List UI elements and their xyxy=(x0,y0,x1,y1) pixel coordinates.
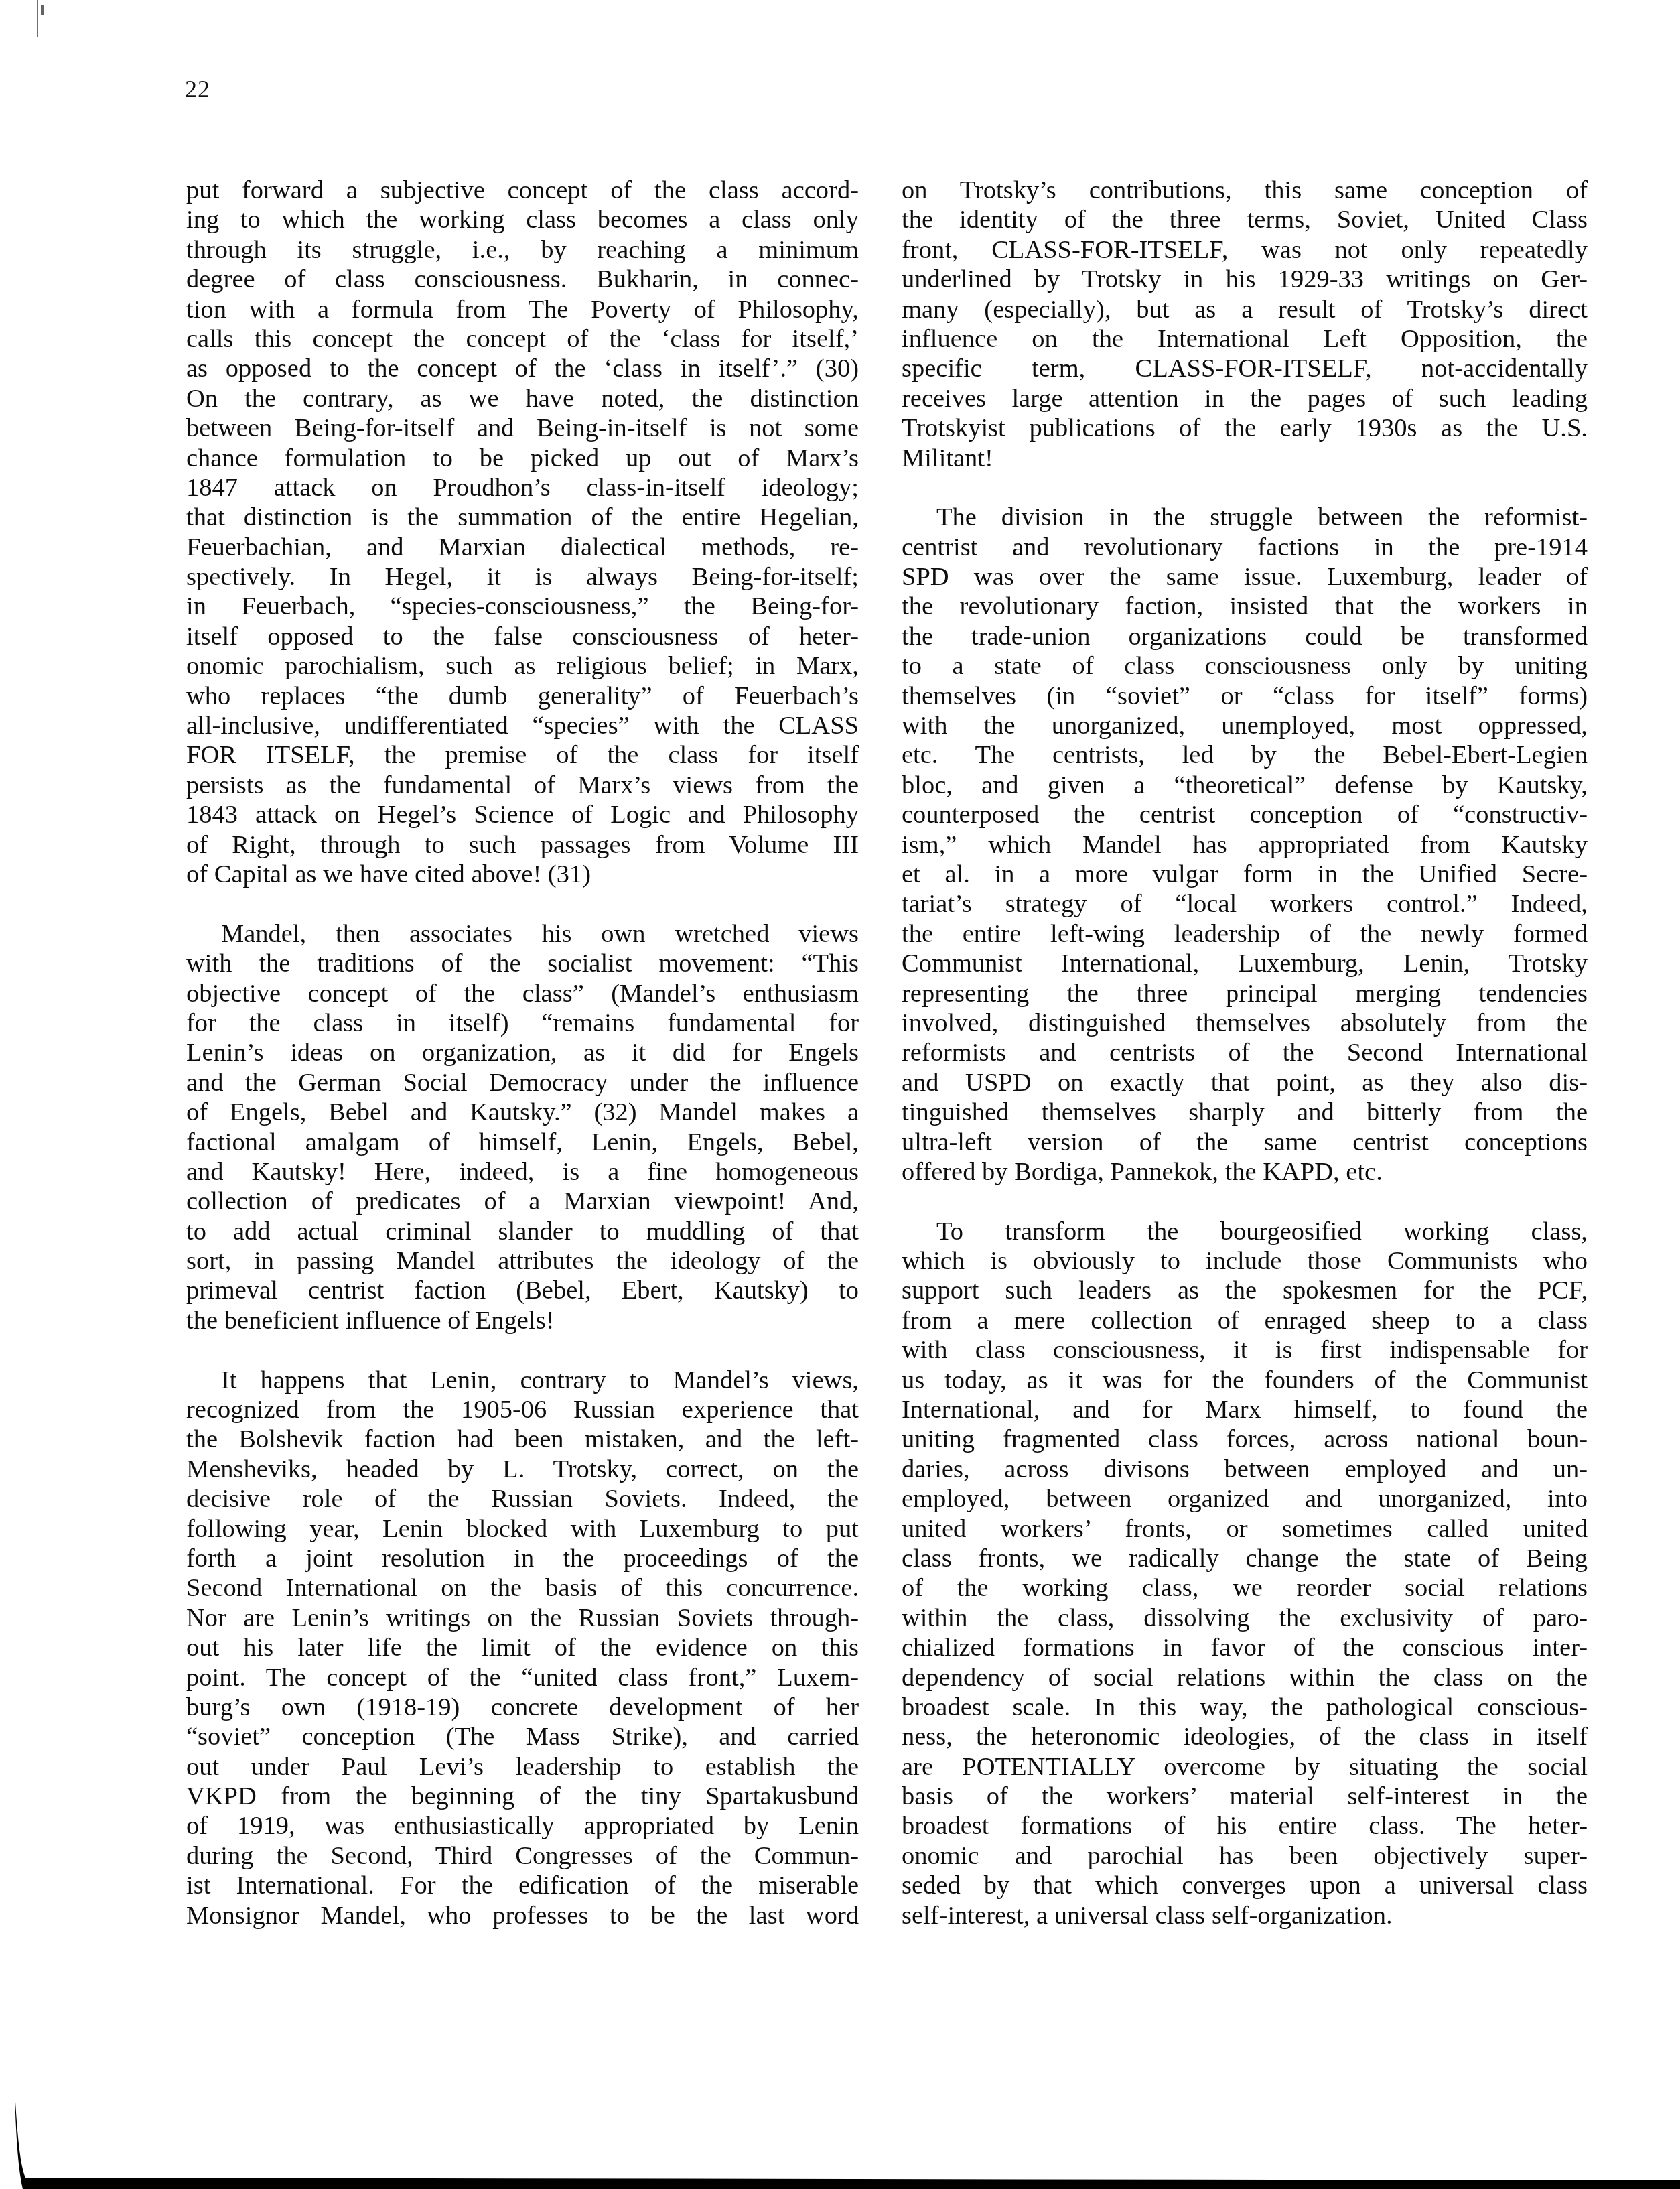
text-line: objective concept of the class” (Mandel’… xyxy=(186,979,859,1008)
text-line: are POTENTIALLY overcome by situating th… xyxy=(902,1752,1588,1782)
text-line: centrist and revolutionary factions in t… xyxy=(902,533,1588,562)
text-line: the trade-union organizations could be t… xyxy=(902,622,1588,651)
text-line: underlined by Trotsky in his 1929-33 wri… xyxy=(902,265,1588,294)
text-line: of Right, through to such passages from … xyxy=(186,830,859,860)
text-line: The division in the struggle between the… xyxy=(902,503,1588,532)
text-line: through its struggle, i.e., by reaching … xyxy=(186,235,859,265)
text-line: the entire left-wing leadership of the n… xyxy=(902,919,1588,949)
text-line: et al. in a more vulgar form in the Unif… xyxy=(902,860,1588,889)
text-line: and Kautsky! Here, indeed, is a fine hom… xyxy=(186,1157,859,1187)
text-line: in Feuerbach, “species-consciousness,” t… xyxy=(186,592,859,621)
text-line: ist International. For the edification o… xyxy=(186,1871,859,1900)
text-line: with the unorganized, unemployed, most o… xyxy=(902,711,1588,740)
text-line: factional amalgam of himself, Lenin, Eng… xyxy=(186,1128,859,1157)
text-line: class fronts, we radically change the st… xyxy=(902,1544,1588,1573)
text-line: burg’s own (1918-19) concrete developmen… xyxy=(186,1693,859,1722)
scan-artifact-mark xyxy=(37,0,40,37)
text-line: the revolutionary faction, insisted that… xyxy=(902,592,1588,621)
text-line: many (especially), but as a result of Tr… xyxy=(902,295,1588,324)
text-line: receives large attention in the pages of… xyxy=(902,384,1588,413)
text-line: of Engels, Bebel and Kautsky.” (32) Mand… xyxy=(186,1098,859,1127)
text-line: On the contrary, as we have noted, the d… xyxy=(186,384,859,413)
text-line: uniting fragmented class forces, across … xyxy=(902,1424,1588,1454)
text-line: “soviet” conception (The Mass Strike), a… xyxy=(186,1722,859,1751)
text-line: to add actual criminal slander to muddli… xyxy=(186,1217,859,1246)
text-line: within the class, dissolving the exclusi… xyxy=(902,1603,1588,1633)
text-line: point. The concept of the “united class … xyxy=(186,1663,859,1693)
paragraph: The division in the struggle between the… xyxy=(902,503,1588,1187)
text-line: Militant! xyxy=(902,444,1588,473)
text-line: of 1919, was enthusiastically appropriat… xyxy=(186,1811,859,1841)
text-line: SPD was over the same issue. Luxemburg, … xyxy=(902,562,1588,592)
text-line: 1847 attack on Proudhon’s class-in-itsel… xyxy=(186,473,859,503)
document-page: 22 put forward a subjective concept of t… xyxy=(0,0,1680,2189)
text-line: persists as the fundamental of Marx’s vi… xyxy=(186,771,859,800)
text-line: Second International on the basis of thi… xyxy=(186,1573,859,1603)
text-line: and USPD on exactly that point, as they … xyxy=(902,1068,1588,1098)
text-line: ultra-left version of the same centrist … xyxy=(902,1128,1588,1157)
text-line: tion with a formula from The Poverty of … xyxy=(186,295,859,324)
text-line: the Bolshevik faction had been mistaken,… xyxy=(186,1424,859,1454)
text-line: chialized formations in favor of the con… xyxy=(902,1633,1588,1662)
text-line: basis of the workers’ material self-inte… xyxy=(902,1782,1588,1811)
text-line: offered by Bordiga, Pannekok, the KAPD, … xyxy=(902,1157,1588,1187)
text-line: 1843 attack on Hegel’s Science of Logic … xyxy=(186,800,859,830)
text-line: tariat’s strategy of “local workers cont… xyxy=(902,889,1588,919)
text-line: following year, Lenin blocked with Luxem… xyxy=(186,1514,859,1544)
text-line: from a mere collection of enraged sheep … xyxy=(902,1306,1588,1335)
text-line: Mensheviks, headed by L. Trotsky, correc… xyxy=(186,1455,859,1484)
text-line: It happens that Lenin, contrary to Mande… xyxy=(186,1366,859,1395)
text-line: all-inclusive, undifferentiated “species… xyxy=(186,711,859,740)
text-line: ing to which the working class becomes a… xyxy=(186,205,859,235)
paragraph: put forward a subjective concept of the … xyxy=(186,176,859,889)
page-number: 22 xyxy=(185,75,210,103)
text-line: primeval centrist faction (Bebel, Ebert,… xyxy=(186,1276,859,1305)
text-line: which is obviously to include those Comm… xyxy=(902,1246,1588,1276)
text-line: specific term, CLASS-FOR-ITSELF, not-acc… xyxy=(902,354,1588,383)
text-line: forth a joint resolution in the proceedi… xyxy=(186,1544,859,1573)
text-line: FOR ITSELF, the premise of the class for… xyxy=(186,740,859,770)
text-line: themselves (in “soviet” or “class for it… xyxy=(902,681,1588,711)
text-line: ness, the heteronomic ideologies, of the… xyxy=(902,1722,1588,1751)
text-line: to a state of class consciousness only b… xyxy=(902,651,1588,681)
text-line: of Capital as we have cited above! (31) xyxy=(186,860,859,889)
text-line: during the Second, Third Congresses of t… xyxy=(186,1841,859,1871)
text-line: employed, between organized and unorgani… xyxy=(902,1484,1588,1514)
text-line: united workers’ fronts, or sometimes cal… xyxy=(902,1514,1588,1544)
left-column: put forward a subjective concept of the … xyxy=(186,176,859,1960)
text-line: onomic parochialism, such as religious b… xyxy=(186,651,859,681)
text-line: collection of predicates of a Marxian vi… xyxy=(186,1187,859,1216)
text-line: bloc, and given a “theoretical” defense … xyxy=(902,771,1588,800)
paragraph: It happens that Lenin, contrary to Mande… xyxy=(186,1366,859,1930)
text-line: broadest formations of his entire class.… xyxy=(902,1811,1588,1841)
text-line: recognized from the 1905-06 Russian expe… xyxy=(186,1395,859,1424)
text-line: Mandel, then associates his own wretched… xyxy=(186,919,859,949)
text-line: for the class in itself) “remains fundam… xyxy=(186,1008,859,1038)
text-line: self-interest, a universal class self-or… xyxy=(902,1901,1588,1930)
text-line: VKPD from the beginning of the tiny Spar… xyxy=(186,1782,859,1811)
paragraph: Mandel, then associates his own wretched… xyxy=(186,919,859,1335)
text-line: To transform the bourgeosified working c… xyxy=(902,1217,1588,1246)
text-line: that distinction is the summation of the… xyxy=(186,503,859,532)
text-line: decisive role of the Russian Soviets. In… xyxy=(186,1484,859,1514)
text-line: involved, distinguished themselves absol… xyxy=(902,1008,1588,1038)
text-line: between Being-for-itself and Being-in-it… xyxy=(186,413,859,443)
text-line: Trotskyist publications of the early 193… xyxy=(902,413,1588,443)
text-line: Monsignor Mandel, who professes to be th… xyxy=(186,1901,859,1930)
text-line: seded by that which converges upon a uni… xyxy=(902,1871,1588,1900)
text-line: front, CLASS-FOR-ITSELF, was not only re… xyxy=(902,235,1588,265)
paragraph: on Trotsky’s contributions, this same co… xyxy=(902,176,1588,473)
text-line: and the German Social Democracy under th… xyxy=(186,1068,859,1098)
paragraph: To transform the bourgeosified working c… xyxy=(902,1217,1588,1930)
text-line: us today, as it was for the founders of … xyxy=(902,1366,1588,1395)
text-line: influence on the International Left Oppo… xyxy=(902,324,1588,354)
text-line: ism,” which Mandel has appropriated from… xyxy=(902,830,1588,860)
text-line: representing the three principal merging… xyxy=(902,979,1588,1008)
text-line: as opposed to the concept of the ‘class … xyxy=(186,354,859,383)
text-line: tinguished themselves sharply and bitter… xyxy=(902,1098,1588,1127)
text-line: International, and for Marx himself, to … xyxy=(902,1395,1588,1424)
text-line: support such leaders as the spokesmen fo… xyxy=(902,1276,1588,1305)
text-line: etc. The centrists, led by the Bebel-Ebe… xyxy=(902,740,1588,770)
text-line: reformists and centrists of the Second I… xyxy=(902,1038,1588,1067)
text-line: broadest scale. In this way, the patholo… xyxy=(902,1693,1588,1722)
text-line: onomic and parochial has been objectivel… xyxy=(902,1841,1588,1871)
text-line: the beneficient influence of Engels! xyxy=(186,1306,859,1335)
text-line: daries, across divisons between employed… xyxy=(902,1455,1588,1484)
text-line: out his later life the limit of the evid… xyxy=(186,1633,859,1662)
text-line: spectively. In Hegel, it is always Being… xyxy=(186,562,859,592)
text-line: the identity of the three terms, Soviet,… xyxy=(902,205,1588,235)
text-line: of the working class, we reorder social … xyxy=(902,1573,1588,1603)
text-line: sort, in passing Mandel attributes the i… xyxy=(186,1246,859,1276)
text-line: degree of class consciousness. Bukharin,… xyxy=(186,265,859,294)
text-line: Feuerbachian, and Marxian dialectical me… xyxy=(186,533,859,562)
text-line: with the traditions of the socialist mov… xyxy=(186,949,859,978)
text-line: out under Paul Levi’s leadership to esta… xyxy=(186,1752,859,1782)
text-line: put forward a subjective concept of the … xyxy=(186,176,859,205)
text-line: calls this concept the concept of the ‘c… xyxy=(186,324,859,354)
text-line: dependency of social relations within th… xyxy=(902,1663,1588,1693)
text-line: who replaces “the dumb generality” of Fe… xyxy=(186,681,859,711)
text-line: on Trotsky’s contributions, this same co… xyxy=(902,176,1588,205)
text-line: Lenin’s ideas on organization, as it did… xyxy=(186,1038,859,1067)
text-line: Communist International, Luxemburg, Leni… xyxy=(902,949,1588,978)
text-line: itself opposed to the false consciousnes… xyxy=(186,622,859,651)
text-line: chance formulation to be picked up out o… xyxy=(186,444,859,473)
text-line: with class consciousness, it is first in… xyxy=(902,1335,1588,1365)
text-line: Nor are Lenin’s writings on the Russian … xyxy=(186,1603,859,1633)
right-column: on Trotsky’s contributions, this same co… xyxy=(902,176,1588,1960)
text-line: counterposed the centrist conception of … xyxy=(902,800,1588,830)
